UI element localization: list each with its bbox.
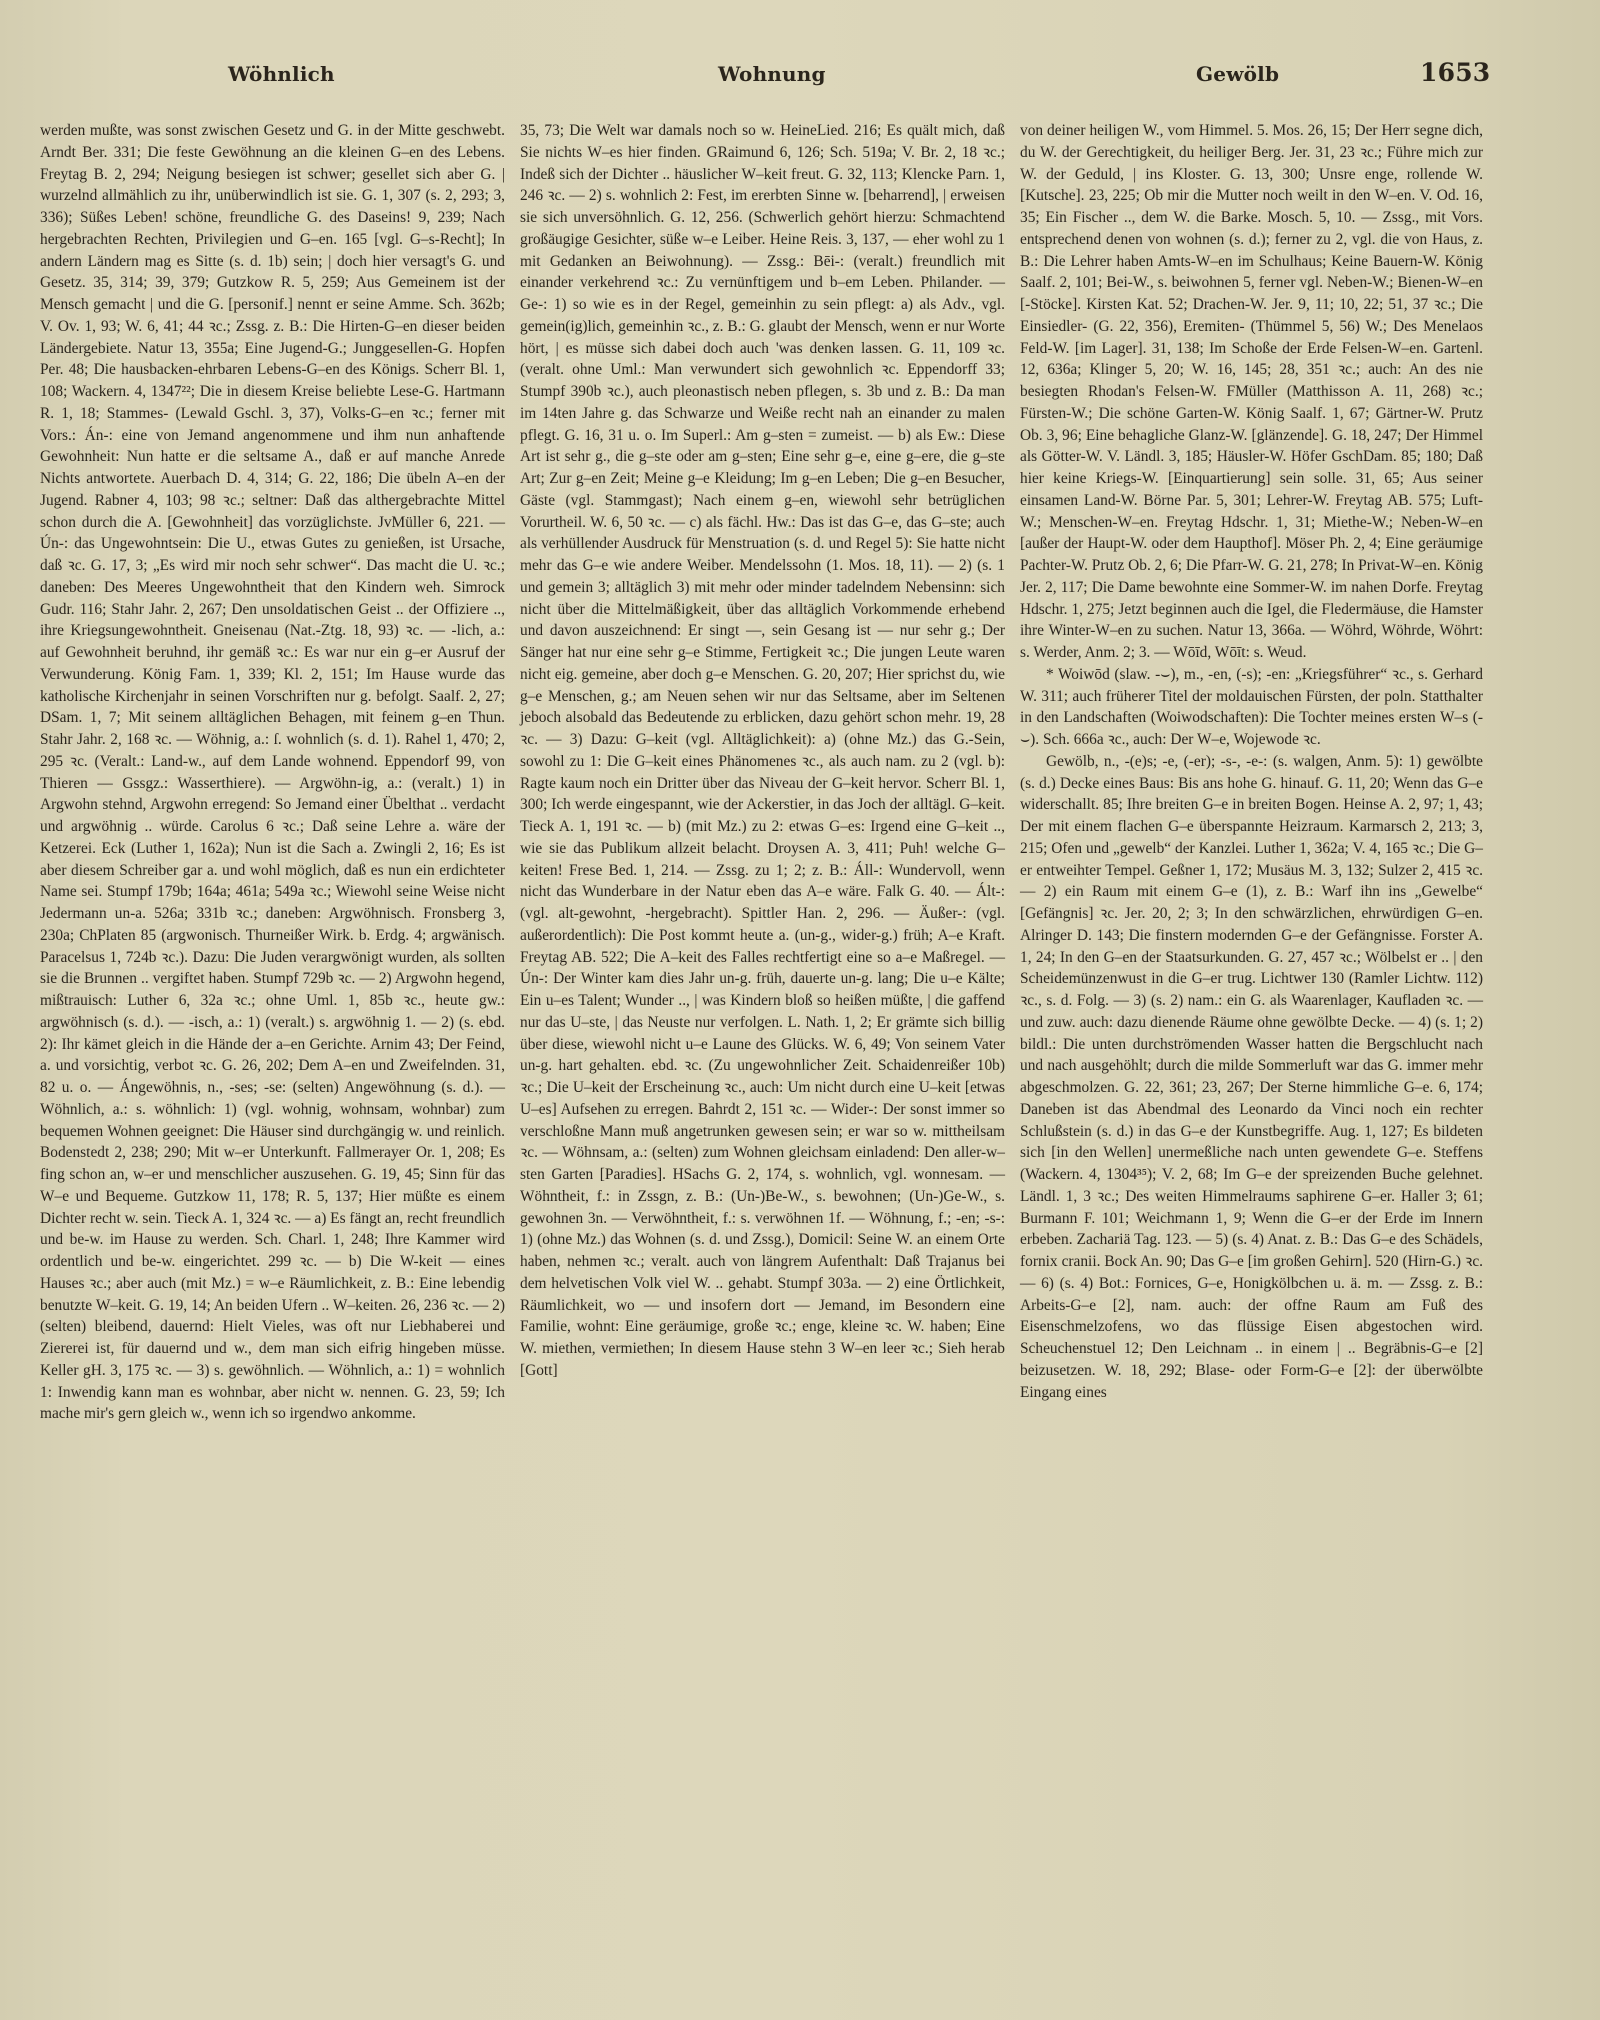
running-header: Wöhnlich Wohnung Gewölb 1653 xyxy=(0,62,1600,102)
left-guideword: Wöhnlich xyxy=(228,62,335,86)
right-guideword: Gewölb xyxy=(1196,62,1279,86)
entry-woiwod: * Woiwōd (slaw. -⌣), m., -en, (-s); -en:… xyxy=(1020,664,1483,751)
column-text: von deiner heiligen W., vom Himmel. 5. M… xyxy=(1020,120,1483,664)
center-guideword: Wohnung xyxy=(718,62,826,86)
column-left: werden mußte, was sonst zwischen Gesetz … xyxy=(40,120,505,1425)
entry-gewoelb: Gewölb, n., -(e)s; -e, (-er); -s-, -e-: … xyxy=(1020,751,1483,1404)
column-text: werden mußte, was sonst zwischen Gesetz … xyxy=(40,120,505,1425)
column-text: 35, 73; Die Welt war damals noch so w. H… xyxy=(520,120,1005,1382)
page-number: 1653 xyxy=(1420,58,1490,87)
column-middle: 35, 73; Die Welt war damals noch so w. H… xyxy=(520,120,1005,1382)
column-right: von deiner heiligen W., vom Himmel. 5. M… xyxy=(1020,120,1483,1403)
